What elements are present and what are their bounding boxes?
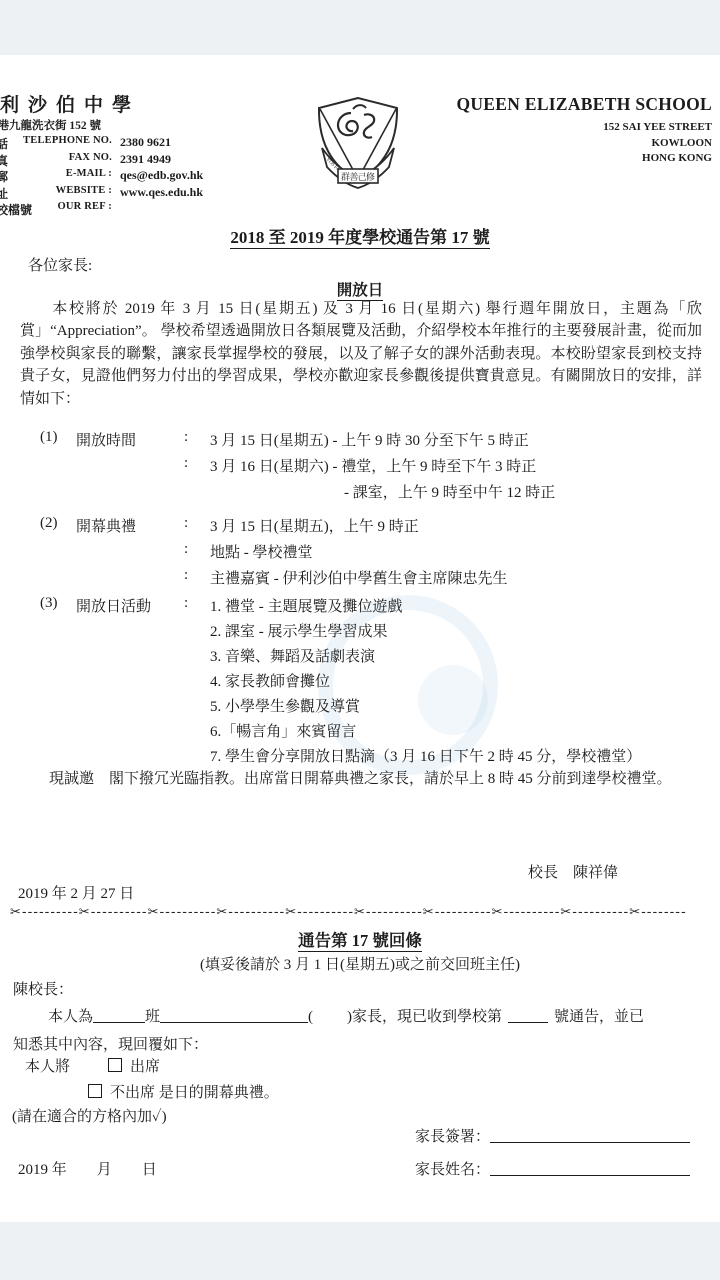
attend-option-row: 本人將出席 xyxy=(25,1055,160,1076)
fax-label-en: FAX NO. xyxy=(0,152,112,163)
reply-slip-subtitle: (填妥後請於 3 月 1 日(星期五)或之前交回班主任) xyxy=(0,953,720,974)
item2-colon2: : xyxy=(184,541,210,567)
item2-colon: : xyxy=(184,515,210,541)
salutation: 各位家長: xyxy=(28,254,92,275)
school-address-english: 152 SAI YEE STREET KOWLOON HONG KONG xyxy=(456,120,712,167)
item1-colon2: : xyxy=(184,455,210,481)
contact-row-fax: 傳真 FAX NO. 2391 4949 xyxy=(0,152,314,169)
notice-title-row: 2018 至 2019 年度學校通告第 17 號 xyxy=(0,223,720,248)
school-name-chinese: 伊利沙伯中學 xyxy=(0,90,140,117)
student-name-blank-field xyxy=(160,1007,308,1023)
list-row: (1) 開放時間 : 3 月 15 日(星期五) - 上午 9 時 30 分至下… xyxy=(0,429,710,455)
attend-checkbox xyxy=(108,1058,122,1072)
address-line-district: KOWLOON xyxy=(456,136,712,152)
item1-row3-text: - 課室，上午 9 時至中午 12 時正 xyxy=(344,485,555,501)
item3-activity-1: 1. 禮堂 - 主題展覽及攤位遊戲 xyxy=(210,595,710,620)
telephone-value: 2380 9621 xyxy=(120,135,171,150)
address-line-territory: HONG KONG xyxy=(456,151,712,167)
item2-label: 開幕典禮 xyxy=(76,515,184,541)
scissors-cut-line: ✂----------✂----------✂----------✂------… xyxy=(10,905,710,920)
reply-line2: 知悉其中內容，現回覆如下： xyxy=(13,1033,208,1054)
list-row: (2) 開幕典禮 : 3 月 15 日(星期五)，上午 9 時正 xyxy=(0,515,710,541)
parent-name-row: 家長姓名： xyxy=(415,1158,690,1179)
contact-row-website: 網址 WEBSITE : www.qes.edu.hk xyxy=(0,185,314,202)
reply-date-line: 2019 年 月 日 xyxy=(18,1158,157,1179)
reply-salutation: 陳校長： xyxy=(13,978,73,999)
attend-label: 出席 xyxy=(130,1059,160,1075)
school-name-english: QUEEN ELIZABETH SCHOOL xyxy=(456,94,712,115)
item3-number: (3) xyxy=(40,595,76,620)
website-value: www.qes.edu.hk xyxy=(120,185,203,200)
address-line-street: 152 SAI YEE STREET xyxy=(456,120,712,136)
telephone-label-en: TELEPHONE NO. xyxy=(0,135,112,146)
notice-number-blank-field xyxy=(508,1007,548,1023)
item1-colon3 xyxy=(184,481,210,507)
school-header-english: QUEEN ELIZABETH SCHOOL 152 SAI YEE STREE… xyxy=(456,94,712,167)
list-row: 6.「暢言角」來賓留言 xyxy=(0,720,710,745)
item3-label: 開放日活動 xyxy=(76,595,184,620)
email-label-en: E-MAIL : xyxy=(0,168,112,179)
tick-instruction: (請在適合的方格內加✓) xyxy=(12,1105,167,1126)
intro-paragraph: 本校將於 2019 年 3 月 15 日(星期五) 及 3 月 16 日(星期六… xyxy=(20,298,702,410)
list-row: - 課室，上午 9 時至中午 12 時正 xyxy=(0,481,710,507)
item3-activity-2: 2. 課室 - 展示學生學習成果 xyxy=(210,620,710,645)
list-row: (3) 開放日活動 : 1. 禮堂 - 主題展覽及攤位遊戲 xyxy=(0,595,710,620)
item1-row2-text: 3 月 16 日(星期六) - 禮堂，上午 9 時至下午 3 時正 xyxy=(210,455,710,481)
absent-checkbox xyxy=(88,1084,102,1098)
viewer-letterbox-top xyxy=(0,0,720,55)
email-value: qes@edb.gov.hk xyxy=(120,168,203,183)
closing-paragraph: 現誠邀 閣下撥冗光臨指教。出席當日開幕典禮之家長，請於早上 8 時 45 分前到… xyxy=(16,767,698,792)
screen: { "header": { "school_name_cn": "伊利沙伯中學"… xyxy=(0,0,720,1280)
notice-title: 2018 至 2019 年度學校通告第 17 號 xyxy=(230,228,489,249)
item1-colon: : xyxy=(184,429,210,455)
absent-label: 不出席 是日的開幕典禮。 xyxy=(110,1085,279,1101)
parent-signature-row: 家長簽署： xyxy=(415,1125,690,1146)
contact-row-our-ref: 本校檔號 OUR REF : xyxy=(0,201,314,218)
item3-activity-3: 3. 音樂、舞蹈及話劇表演 xyxy=(210,645,710,670)
list-row: 3. 音樂、舞蹈及話劇表演 xyxy=(0,645,710,670)
reply-slip-title-row: 通告第 17 號回條 xyxy=(0,927,720,951)
reply-slip-title: 通告第 17 號回條 xyxy=(298,931,422,952)
list-row: : 主禮嘉賓 - 伊利沙伯中學舊生會主席陳忠先生 xyxy=(0,567,710,593)
reply-line1-text5: 號通告，並已 xyxy=(554,1009,644,1025)
item2-row1-text: 3 月 15 日(星期五)，上午 9 時正 xyxy=(210,515,710,541)
item3-colon: : xyxy=(184,595,210,620)
contact-block: 電話 TELEPHONE NO. 2380 9621 傳真 FAX NO. 23… xyxy=(0,135,314,218)
item1-number: (1) xyxy=(40,429,76,455)
fax-value: 2391 4949 xyxy=(120,152,171,167)
viewer-letterbox-bottom xyxy=(0,1222,720,1280)
will-label: 本人將 xyxy=(25,1059,70,1075)
item2-row2-text: 地點 - 學校禮堂 xyxy=(210,541,710,567)
item2-number: (2) xyxy=(40,515,76,541)
principal-signature: 校長 陳祥偉 xyxy=(528,861,618,882)
details-list: (1) 開放時間 : 3 月 15 日(星期五) - 上午 9 時 30 分至下… xyxy=(0,429,710,770)
list-row: 2. 課室 - 展示學生學習成果 xyxy=(0,620,710,645)
reply-line1-text2: 班 xyxy=(145,1009,160,1025)
list-row: 5. 小學學生參觀及導賞 xyxy=(0,695,710,720)
notice-document-page: 伊利沙伯中學 香港九龍洗衣街 152 號 電話 TELEPHONE NO. 23… xyxy=(0,55,720,1222)
reply-line1-text1: 本人為 xyxy=(48,1009,93,1025)
parent-signature-blank xyxy=(490,1127,690,1143)
item1-label: 開放時間 xyxy=(76,429,184,455)
crest-motto-text: 群善己修 xyxy=(341,171,375,182)
reply-line1-text3: ( xyxy=(308,1009,313,1025)
reply-fill-in-line: 本人為班()家長，現已收到學校第號通告，並已 xyxy=(14,1005,709,1026)
item2-colon3: : xyxy=(184,567,210,593)
our-ref-label-en: OUR REF : xyxy=(0,201,112,212)
class-blank-field xyxy=(93,1007,145,1023)
item2-row3-text: 主禮嘉賓 - 伊利沙伯中學舊生會主席陳忠先生 xyxy=(210,567,710,593)
parent-name-label: 家長姓名： xyxy=(415,1162,490,1178)
school-address-chinese: 香港九龍洗衣街 152 號 xyxy=(0,117,101,133)
absent-option-row: 不出席 是日的開幕典禮。 xyxy=(88,1081,279,1102)
school-crest-icon: VOS PARATE UT SERVIATIS 群善己修 xyxy=(306,93,410,197)
list-row: : 地點 - 學校禮堂 xyxy=(0,541,710,567)
list-row: : 3 月 16 日(星期六) - 禮堂，上午 9 時至下午 3 時正 xyxy=(0,455,710,481)
parent-signature-label: 家長簽署： xyxy=(415,1129,490,1145)
contact-row-telephone: 電話 TELEPHONE NO. 2380 9621 xyxy=(0,135,314,152)
website-label-en: WEBSITE : xyxy=(0,185,112,196)
issue-date: 2019 年 2 月 27 日 xyxy=(18,882,134,903)
item3-activity-6: 6.「暢言角」來賓留言 xyxy=(210,720,710,745)
parent-name-blank xyxy=(490,1160,690,1176)
reply-line1-text4: )家長，現已收到學校第 xyxy=(347,1009,502,1025)
contact-row-email: 電郵 E-MAIL : qes@edb.gov.hk xyxy=(0,168,314,185)
item1-row1-text: 3 月 15 日(星期五) - 上午 9 時 30 分至下午 5 時正 xyxy=(210,429,710,455)
notice-subject-row: 開放日 xyxy=(0,278,720,300)
list-row: 4. 家長教師會攤位 xyxy=(0,670,710,695)
item3-activity-5: 5. 小學學生參觀及導賞 xyxy=(210,695,710,720)
item3-activity-4: 4. 家長教師會攤位 xyxy=(210,670,710,695)
